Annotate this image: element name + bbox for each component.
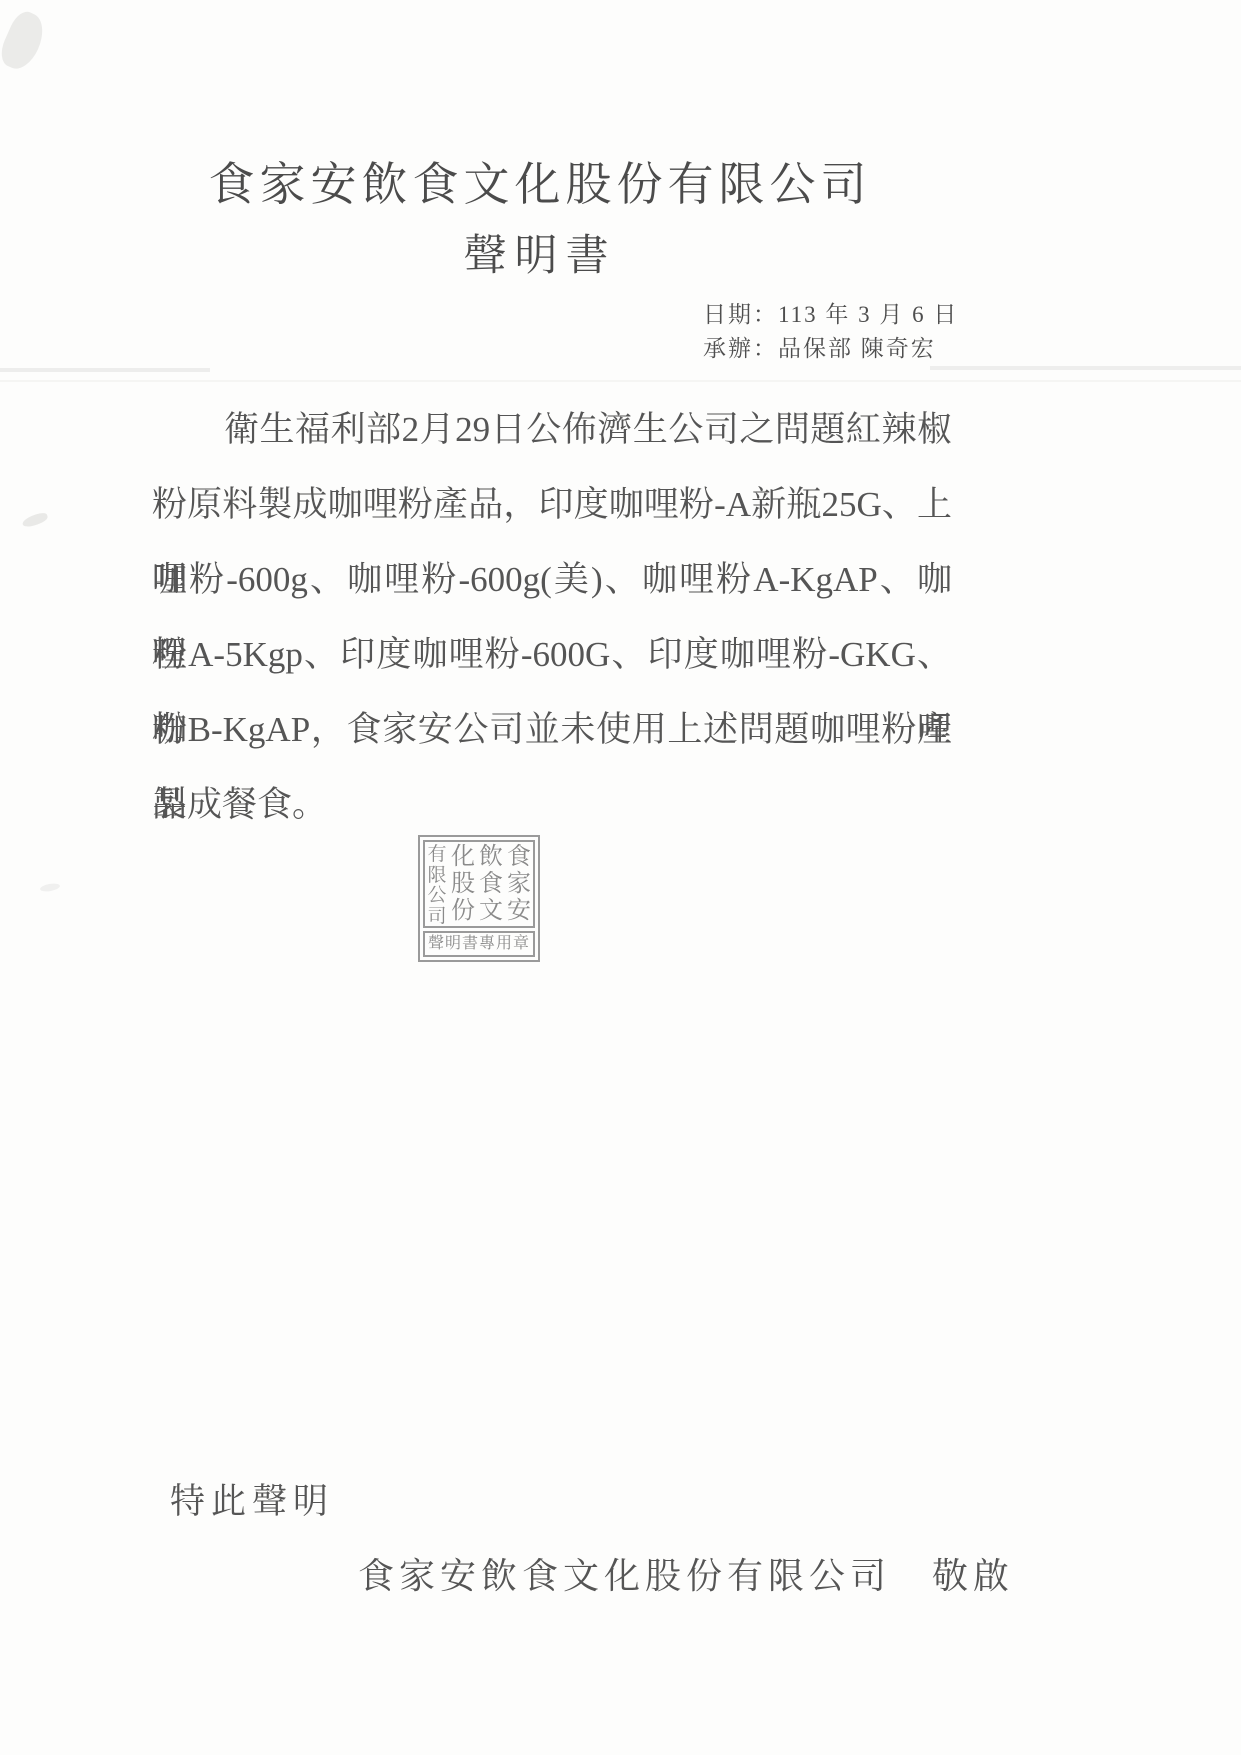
seal-column-2: 飲食文 — [479, 844, 504, 925]
body-line-5: 粉B-KgAP，食家安公司並未使用上述問題咖哩粉產品 — [152, 692, 952, 767]
meta-block: 日期：113 年 3 月 6 日 承辦：品保部 陳奇宏 — [703, 298, 958, 366]
scan-streak-artifact — [930, 366, 1241, 370]
seal-company-name-grid: 食家安 飲食文 化股份 有限公司 — [423, 840, 535, 928]
body-line-1: 衛生福利部2月29日公佈濟生公司之問題紅辣椒 — [152, 392, 952, 467]
date-line: 日期：113 年 3 月 6 日 — [703, 298, 958, 332]
body-line-3: 哩粉-600g、咖哩粉-600g(美)、咖哩粉A-KgAP、咖哩 — [152, 542, 952, 617]
signature-line: 食家安飲食文化股份有限公司 敬啟 — [358, 1548, 1014, 1599]
document-type-title: 聲明書 — [155, 222, 925, 283]
company-title: 食家安飲食文化股份有限公司 — [155, 148, 925, 214]
scan-corner-mark-artifact — [0, 8, 50, 75]
closing-statement: 特此聲明 — [170, 1474, 334, 1524]
body-paragraph: 衛生福利部2月29日公佈濟生公司之問題紅辣椒 粉原料製成咖哩粉產品，印度咖哩粉-… — [152, 392, 952, 842]
body-line-2: 粉原料製成咖哩粉產品，印度咖哩粉-A新瓶25G、上咖 — [152, 467, 952, 542]
seal-caption: 聲明書專用章 — [423, 931, 535, 957]
body-line-4: 粉A-5Kgp、印度咖哩粉-600G、印度咖哩粉-GKG、咖哩 — [152, 617, 952, 692]
scan-streak-artifact — [0, 368, 210, 372]
handler-line: 承辦：品保部 陳奇宏 — [703, 332, 958, 366]
declaration-document-page: 食家安飲食文化股份有限公司 聲明書 日期：113 年 3 月 6 日 承辦：品保… — [0, 0, 1241, 1755]
seal-column-1: 食家安 — [507, 844, 532, 925]
seal-column-3: 化股份 — [451, 844, 476, 925]
scan-streak-artifact — [0, 380, 1241, 382]
company-seal-stamp: 食家安 飲食文 化股份 有限公司 聲明書專用章 — [418, 835, 540, 962]
scan-smudge-artifact — [21, 511, 49, 529]
seal-column-4: 有限公司 — [427, 844, 448, 927]
body-line-6: 製成餐食。 — [152, 767, 952, 842]
scan-smudge-artifact — [40, 882, 61, 892]
